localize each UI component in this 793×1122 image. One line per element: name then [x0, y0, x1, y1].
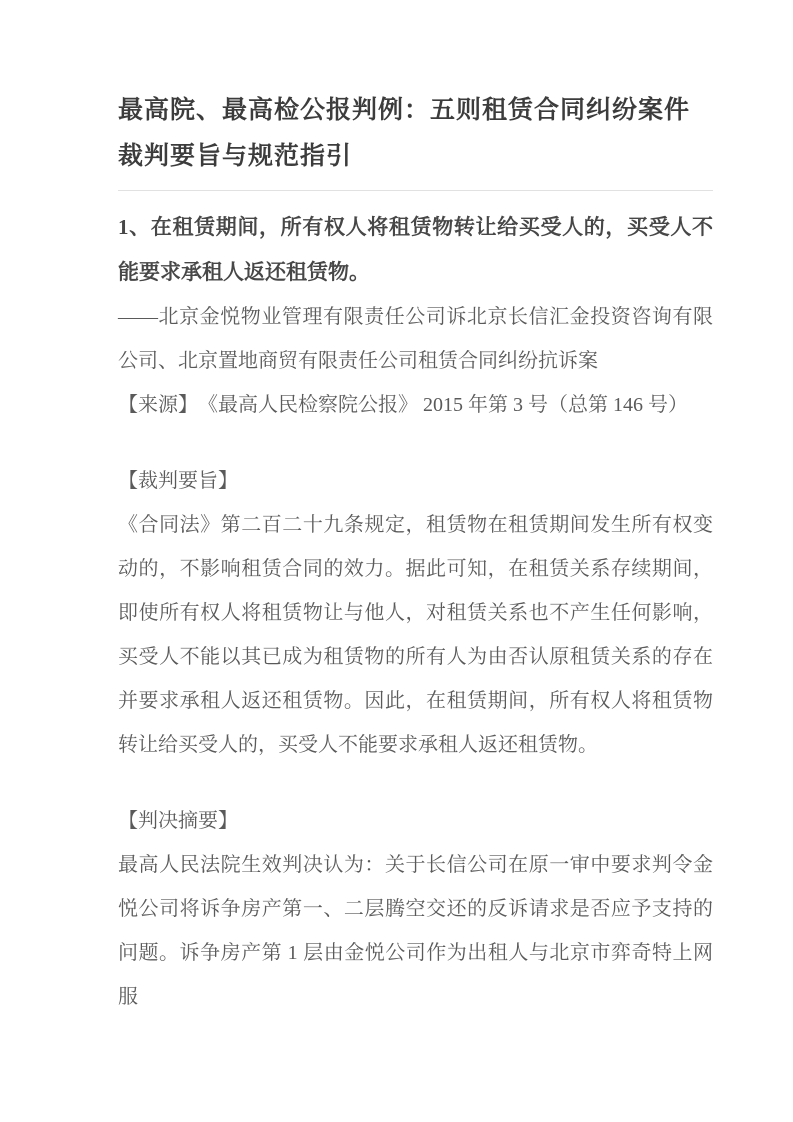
case-1-source-line: 【来源】 《最高人民检察院公报》 2015 年第 3 号（总第 146 号）	[118, 383, 713, 427]
section-body-judgment-summary: 最高人民法院生效判决认为：关于长信公司在原一审中要求判令金悦公司将诉争房产第一、…	[118, 843, 713, 1019]
case-1-heading: 1、在租赁期间，所有权人将租赁物转让给买受人的，买受人不能要求承租人返还租赁物。	[118, 205, 713, 295]
section-body-adjudication-gist: 《合同法》第二百二十九条规定，租赁物在租赁期间发生所有权变动的，不影响租赁合同的…	[118, 503, 713, 767]
title-divider	[118, 190, 713, 191]
article-title: 最高院、最高检公报判例：五则租赁合同纠纷案件裁判要旨与规范指引	[118, 88, 713, 180]
section-label-judgment-summary: 【判决摘要】	[118, 799, 713, 843]
document-page: 最高院、最高检公报判例：五则租赁合同纠纷案件裁判要旨与规范指引 1、在租赁期间，…	[0, 0, 793, 1122]
case-1-parties-line: ——北京金悦物业管理有限责任公司诉北京长信汇金投资咨询有限公司、北京置地商贸有限…	[118, 295, 713, 383]
section-label-adjudication-gist: 【裁判要旨】	[118, 459, 713, 503]
